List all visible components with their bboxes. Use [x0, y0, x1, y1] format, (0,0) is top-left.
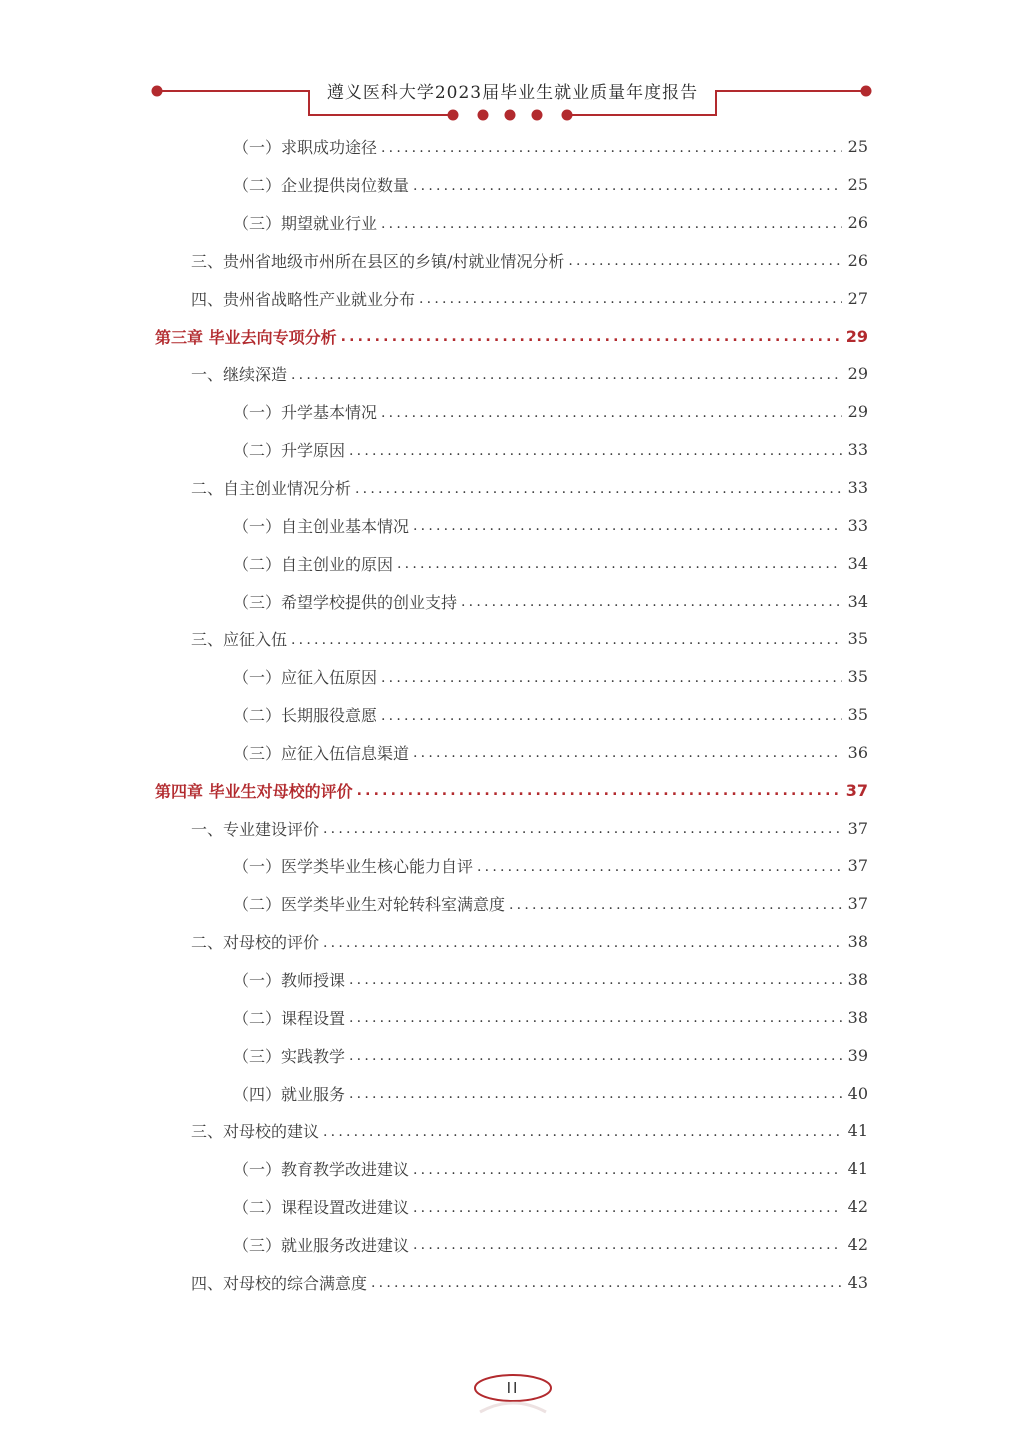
toc-entry-title: （一）医学类毕业生核心能力自评: [233, 854, 473, 877]
toc-page-number: 37: [846, 819, 868, 838]
toc-dot-leader: ........................................…: [568, 253, 842, 269]
toc-subsection-entry[interactable]: （二）升学原因.................................…: [155, 431, 868, 469]
toc-page-number: 33: [846, 440, 868, 459]
toc-dot-leader: ........................................…: [413, 1162, 842, 1178]
toc-page-number: 37: [846, 781, 868, 800]
toc-page-number: 35: [846, 629, 868, 648]
toc-entry-title: （三）期望就业行业: [233, 211, 377, 234]
toc-page-number: 37: [846, 856, 868, 875]
toc-dot-leader: ........................................…: [341, 329, 842, 345]
toc-chapter-entry[interactable]: 第四章 毕业生对母校的评价...........................…: [155, 771, 868, 809]
toc-page-number: 37: [846, 894, 868, 913]
toc-entry-title: 二、对母校的评价: [191, 930, 319, 953]
toc-dot-leader: ........................................…: [381, 708, 842, 724]
toc-page-number: 40: [846, 1084, 868, 1103]
toc-dot-leader: ........................................…: [291, 367, 842, 383]
toc-dot-leader: ........................................…: [413, 1237, 842, 1253]
toc-section-entry[interactable]: 二、对母校的评价................................…: [155, 923, 868, 961]
toc-dot-leader: ........................................…: [397, 556, 842, 572]
toc-dot-leader: ........................................…: [357, 783, 842, 799]
toc-entry-title: 三、贵州省地级市州所在县区的乡镇/村就业情况分析: [191, 249, 564, 272]
toc-entry-title: （三）希望学校提供的创业支持: [233, 590, 457, 613]
toc-subsection-entry[interactable]: （二）课程设置改进建议.............................…: [155, 1188, 868, 1226]
header-dot-left: [152, 86, 163, 97]
toc-dot-leader: ........................................…: [477, 859, 842, 875]
toc-entry-title: （二）自主创业的原因: [233, 552, 393, 575]
toc-subsection-entry[interactable]: （三）期望就业行业...............................…: [155, 204, 868, 242]
toc-dot-leader: ........................................…: [291, 632, 842, 648]
toc-dot-leader: ........................................…: [413, 178, 842, 194]
toc-page-number: 25: [846, 137, 868, 156]
toc-entry-title: （二）升学原因: [233, 438, 345, 461]
toc-dot-leader: ........................................…: [349, 1048, 842, 1064]
toc-subsection-entry[interactable]: （三）应征入伍信息渠道.............................…: [155, 734, 868, 772]
toc-subsection-entry[interactable]: （一）自主创业基本情况.............................…: [155, 506, 868, 544]
toc-subsection-entry[interactable]: （一）应征入伍原因...............................…: [155, 658, 868, 696]
page-number: II: [470, 1372, 556, 1404]
toc-subsection-entry[interactable]: （三）实践教学.................................…: [155, 1036, 868, 1074]
toc-page-number: 26: [846, 251, 868, 270]
toc-subsection-entry[interactable]: （二）长期服役意愿...............................…: [155, 696, 868, 734]
toc-entry-title: （一）自主创业基本情况: [233, 514, 409, 537]
toc-page-number: 25: [846, 175, 868, 194]
toc-entry-title: 三、对母校的建议: [191, 1119, 319, 1142]
toc-page-number: 26: [846, 213, 868, 232]
table-of-contents: （一）求职成功途径...............................…: [155, 128, 868, 1301]
toc-subsection-entry[interactable]: （三）希望学校提供的创业支持..........................…: [155, 582, 868, 620]
toc-entry-title: （一）应征入伍原因: [233, 665, 377, 688]
toc-subsection-entry[interactable]: （二）课程设置.................................…: [155, 998, 868, 1036]
toc-entry-title: （三）就业服务改进建议: [233, 1233, 409, 1256]
toc-section-entry[interactable]: 三、贵州省地级市州所在县区的乡镇/村就业情况分析................…: [155, 242, 868, 280]
toc-entry-title: （三）实践教学: [233, 1044, 345, 1067]
toc-chapter-entry[interactable]: 第三章 毕业去向专项分析............................…: [155, 317, 868, 355]
toc-entry-title: （二）企业提供岗位数量: [233, 173, 409, 196]
toc-page-number: 34: [846, 592, 868, 611]
toc-page-number: 34: [846, 554, 868, 573]
toc-section-entry[interactable]: 四、对母校的综合满意度.............................…: [155, 1263, 868, 1301]
toc-page-number: 35: [846, 667, 868, 686]
toc-dot-leader: ........................................…: [355, 481, 842, 497]
page-footer: II: [470, 1372, 556, 1432]
toc-entry-title: （二）课程设置: [233, 1006, 345, 1029]
toc-dot-leader: ........................................…: [419, 291, 842, 307]
toc-entry-title: （二）课程设置改进建议: [233, 1195, 409, 1218]
toc-page-number: 29: [846, 402, 868, 421]
toc-dot-leader: ........................................…: [349, 443, 842, 459]
toc-section-entry[interactable]: 二、自主创业情况分析..............................…: [155, 469, 868, 507]
toc-entry-title: 二、自主创业情况分析: [191, 476, 351, 499]
header-ornament-line: [0, 0, 1024, 130]
toc-dot-leader: ........................................…: [349, 972, 842, 988]
toc-section-entry[interactable]: 三、应征入伍..................................…: [155, 620, 868, 658]
toc-dot-leader: ........................................…: [413, 745, 842, 761]
toc-dot-leader: ........................................…: [371, 1275, 842, 1291]
toc-page-number: 29: [846, 364, 868, 383]
toc-subsection-entry[interactable]: （一）升学基本情况...............................…: [155, 393, 868, 431]
toc-section-entry[interactable]: 四、贵州省战略性产业就业分布..........................…: [155, 279, 868, 317]
toc-entry-title: （一）教师授课: [233, 968, 345, 991]
toc-page-number: 38: [846, 932, 868, 951]
toc-entry-title: 一、专业建设评价: [191, 817, 319, 840]
toc-entry-title: 一、继续深造: [191, 362, 287, 385]
toc-page-number: 36: [846, 743, 868, 762]
page-header: 遵义医科大学2023届毕业生就业质量年度报告: [0, 0, 1024, 130]
toc-page-number: 33: [846, 516, 868, 535]
toc-page-number: 43: [846, 1273, 868, 1292]
toc-dot-leader: ........................................…: [349, 1086, 842, 1102]
toc-entry-title: 三、应征入伍: [191, 627, 287, 650]
toc-subsection-entry[interactable]: （二）自主创业的原因..............................…: [155, 544, 868, 582]
toc-subsection-entry[interactable]: （二）企业提供岗位数量.............................…: [155, 166, 868, 204]
report-title: 遵义医科大学2023届毕业生就业质量年度报告: [309, 78, 716, 103]
toc-entry-title: （二）医学类毕业生对轮转科室满意度: [233, 892, 505, 915]
toc-dot-leader: ........................................…: [323, 1124, 842, 1140]
toc-subsection-entry[interactable]: （一）教师授课.................................…: [155, 961, 868, 999]
toc-subsection-entry[interactable]: （四）就业服务.................................…: [155, 1074, 868, 1112]
toc-dot-leader: ........................................…: [381, 140, 842, 156]
toc-entry-title: （一）教育教学改进建议: [233, 1157, 409, 1180]
toc-page-number: 29: [846, 327, 868, 346]
toc-page-number: 39: [846, 1046, 868, 1065]
toc-entry-title: 第四章 毕业生对母校的评价: [155, 779, 353, 802]
header-dot-right: [861, 86, 872, 97]
toc-page-number: 27: [846, 289, 868, 308]
toc-dot-leader: ........................................…: [323, 935, 842, 951]
toc-entry-title: （三）应征入伍信息渠道: [233, 741, 409, 764]
toc-section-entry[interactable]: 一、继续深造..................................…: [155, 355, 868, 393]
toc-page-number: 33: [846, 478, 868, 497]
toc-dot-leader: ........................................…: [461, 594, 842, 610]
toc-dot-leader: ........................................…: [323, 821, 842, 837]
toc-page-number: 41: [846, 1159, 868, 1178]
toc-subsection-entry[interactable]: （一）教育教学改进建议.............................…: [155, 1150, 868, 1188]
toc-page-number: 35: [846, 705, 868, 724]
toc-dot-leader: ........................................…: [509, 897, 842, 913]
toc-page-number: 38: [846, 1008, 868, 1027]
toc-entry-title: （二）长期服役意愿: [233, 703, 377, 726]
toc-entry-title: 第三章 毕业去向专项分析: [155, 325, 337, 348]
toc-section-entry[interactable]: 三、对母校的建议................................…: [155, 1112, 868, 1150]
toc-dot-leader: ........................................…: [413, 1200, 842, 1216]
toc-page-number: 38: [846, 970, 868, 989]
toc-dot-leader: ........................................…: [381, 670, 842, 686]
toc-entry-title: （一）升学基本情况: [233, 400, 377, 423]
toc-entry-title: 四、贵州省战略性产业就业分布: [191, 287, 415, 310]
toc-subsection-entry[interactable]: （二）医学类毕业生对轮转科室满意度.......................…: [155, 885, 868, 923]
toc-page-number: 42: [846, 1235, 868, 1254]
toc-page-number: 41: [846, 1121, 868, 1140]
toc-section-entry[interactable]: 一、专业建设评价................................…: [155, 809, 868, 847]
toc-subsection-entry[interactable]: （一）求职成功途径...............................…: [155, 128, 868, 166]
toc-dot-leader: ........................................…: [381, 216, 842, 232]
toc-subsection-entry[interactable]: （一）医学类毕业生核心能力自评.........................…: [155, 847, 868, 885]
toc-dot-leader: ........................................…: [413, 518, 842, 534]
toc-dot-leader: ........................................…: [381, 405, 842, 421]
toc-page-number: 42: [846, 1197, 868, 1216]
toc-entry-title: 四、对母校的综合满意度: [191, 1271, 367, 1294]
toc-entry-title: （四）就业服务: [233, 1082, 345, 1105]
toc-dot-leader: ........................................…: [349, 1010, 842, 1026]
toc-subsection-entry[interactable]: （三）就业服务改进建议.............................…: [155, 1225, 868, 1263]
toc-entry-title: （一）求职成功途径: [233, 135, 377, 158]
